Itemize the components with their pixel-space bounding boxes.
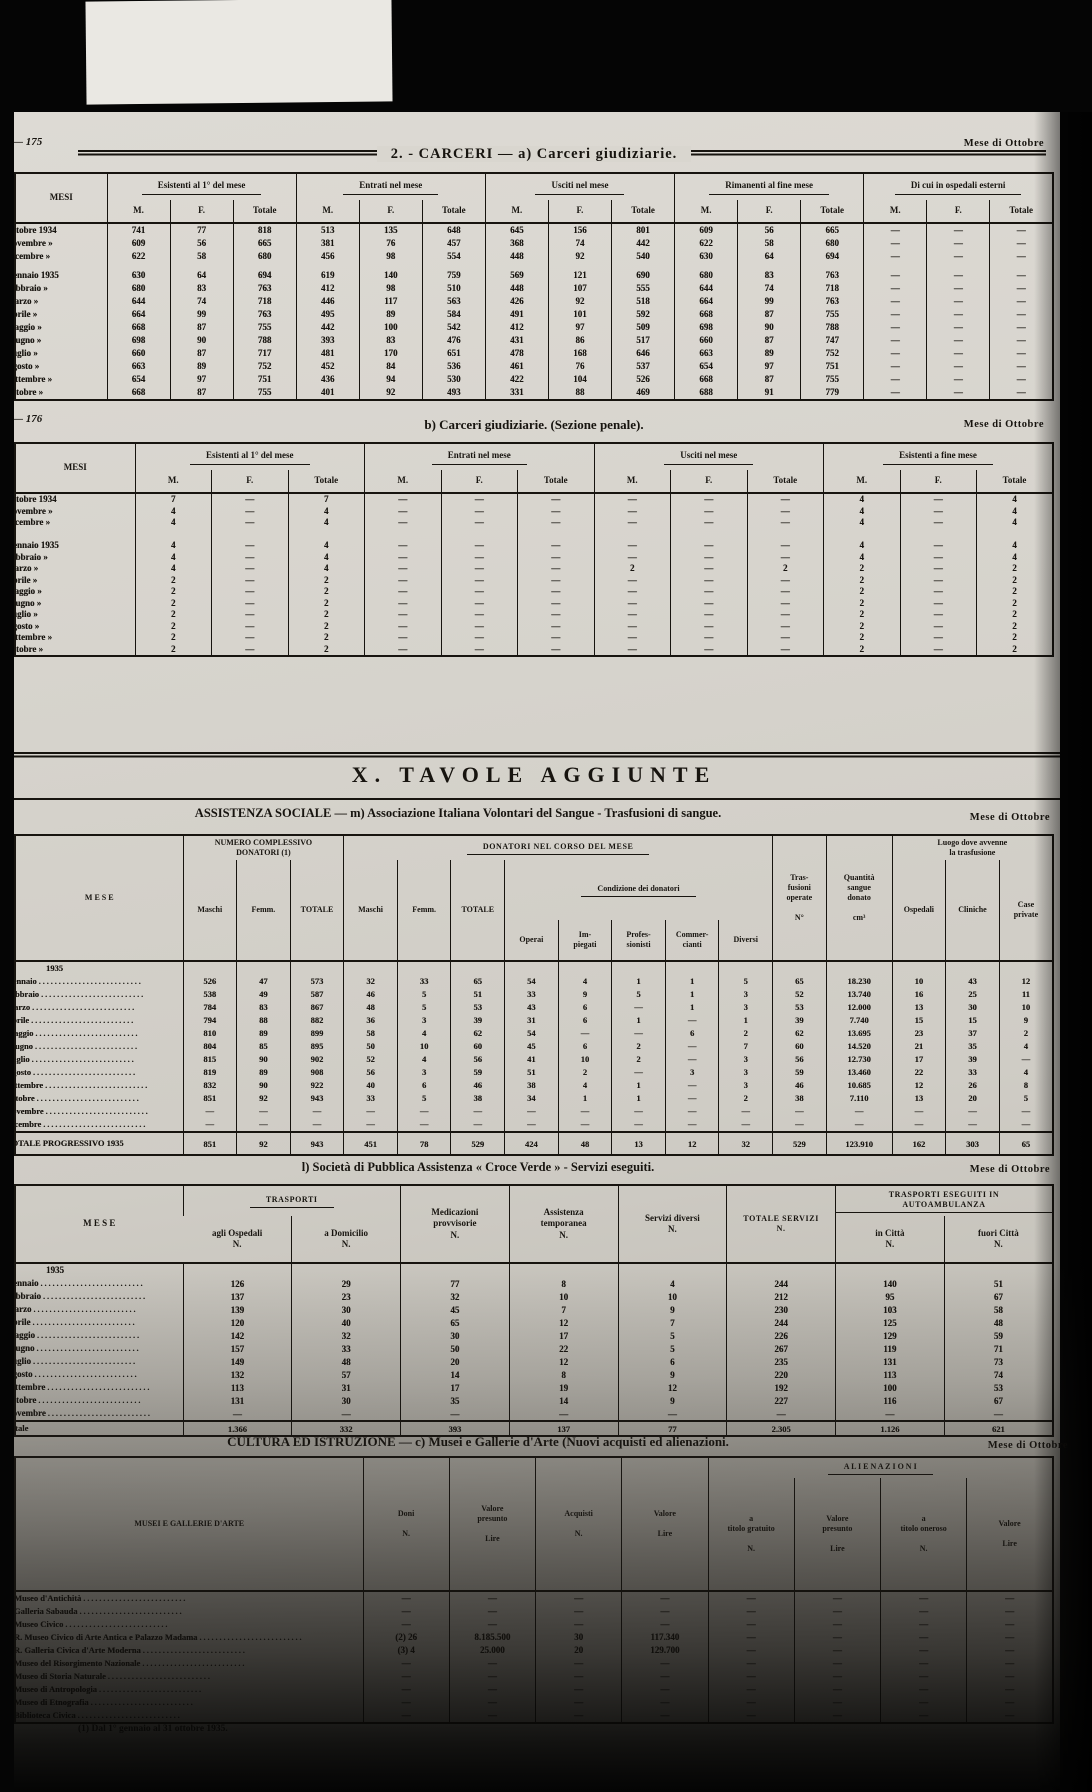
cell: — bbox=[967, 1657, 1053, 1670]
cell: 39 bbox=[773, 1014, 827, 1027]
cell: 7 bbox=[509, 1303, 618, 1316]
cell: 22 bbox=[509, 1342, 618, 1355]
cell: 622 bbox=[675, 237, 738, 250]
table-row: Agosto »2—2——————2—2 bbox=[15, 621, 1053, 633]
cell: 20 bbox=[946, 1092, 1000, 1105]
cell bbox=[999, 961, 1053, 975]
row-label: Settembre bbox=[15, 1381, 183, 1394]
table-row: Maggio »2—2——————2—2 bbox=[15, 586, 1053, 598]
cell: — bbox=[881, 1670, 967, 1683]
cell: — bbox=[946, 1105, 1000, 1118]
table-row: Luglio »2—2——————2—2 bbox=[15, 609, 1053, 621]
cell: — bbox=[441, 506, 518, 518]
cell: — bbox=[622, 1618, 708, 1631]
col-header-valore: Valore Lire bbox=[622, 1457, 708, 1591]
cell: — bbox=[363, 1657, 449, 1670]
cell: — bbox=[900, 621, 977, 633]
cell: 609 bbox=[675, 223, 738, 237]
cell: 680 bbox=[675, 269, 738, 282]
cell: — bbox=[665, 1040, 719, 1053]
cell: — bbox=[881, 1618, 967, 1631]
cell: 2 bbox=[594, 563, 671, 575]
cell: 788 bbox=[233, 334, 296, 347]
cell: 135 bbox=[359, 223, 422, 237]
cell: 9 bbox=[558, 988, 612, 1001]
cell: — bbox=[990, 386, 1053, 400]
cell: 67 bbox=[944, 1290, 1053, 1303]
cell: 2 bbox=[824, 598, 901, 610]
cell: 235 bbox=[727, 1355, 836, 1368]
cell: 680 bbox=[107, 282, 170, 295]
cell: 50 bbox=[401, 1342, 510, 1355]
col-header: M. bbox=[485, 200, 548, 223]
cell: 10 bbox=[509, 1290, 618, 1303]
row-label: Marzo bbox=[15, 1303, 183, 1316]
cell: — bbox=[594, 493, 671, 506]
footnote: (1) Dal 1° gennaio al 31 ottobre 1935. bbox=[78, 1724, 228, 1734]
cell: 664 bbox=[107, 308, 170, 321]
cell: 442 bbox=[612, 237, 675, 250]
cell: — bbox=[365, 552, 442, 564]
cell: 3 bbox=[397, 1066, 451, 1079]
cell: — bbox=[900, 586, 977, 598]
cell: — bbox=[518, 586, 595, 598]
cell: — bbox=[594, 540, 671, 552]
cell: 660 bbox=[675, 334, 738, 347]
cell: 2 bbox=[977, 598, 1054, 610]
cell: 2 bbox=[977, 609, 1054, 621]
cell bbox=[665, 961, 719, 975]
cell: 8.185.500 bbox=[449, 1631, 535, 1644]
cell: — bbox=[397, 1118, 451, 1132]
cell: 33 bbox=[292, 1342, 401, 1355]
table-row: Gennaio12629778424414051 bbox=[15, 1277, 1053, 1290]
cell: — bbox=[967, 1618, 1053, 1631]
cell: — bbox=[671, 632, 748, 644]
cell: 794 bbox=[183, 1014, 237, 1027]
col-header-valore-presunto-2: Valore presunto Lire bbox=[794, 1478, 880, 1591]
cell bbox=[212, 529, 289, 541]
col-header-mesi: MESI bbox=[15, 443, 135, 493]
cell: 94 bbox=[359, 373, 422, 386]
cell: 4 bbox=[397, 1027, 451, 1040]
cell: 4 bbox=[135, 563, 212, 575]
cell: 9 bbox=[999, 1014, 1053, 1027]
cell: 303 bbox=[946, 1132, 1000, 1155]
cell: 26 bbox=[946, 1079, 1000, 1092]
cell: 1 bbox=[665, 975, 719, 988]
cell: 89 bbox=[237, 1066, 291, 1079]
cell: — bbox=[864, 282, 927, 295]
cell: 2 bbox=[135, 575, 212, 587]
cell: 5 bbox=[397, 988, 451, 1001]
cell: 116 bbox=[836, 1394, 945, 1407]
cell: — bbox=[518, 598, 595, 610]
cell: — bbox=[365, 586, 442, 598]
cell: 91 bbox=[738, 386, 801, 400]
cell: — bbox=[794, 1657, 880, 1670]
cell: 8 bbox=[509, 1368, 618, 1381]
row-label: Aprile bbox=[15, 1316, 183, 1329]
cell: 59 bbox=[773, 1066, 827, 1079]
cell: — bbox=[612, 1066, 666, 1079]
table-row: TOTALE PROGRESSIVO 193585192943451785294… bbox=[15, 1132, 1053, 1155]
table-row: Maggio »66887755442100542412975096989078… bbox=[15, 321, 1053, 334]
cell: 4 bbox=[824, 506, 901, 518]
cell: 131 bbox=[183, 1394, 292, 1407]
cell: — bbox=[864, 360, 927, 373]
cell: 9 bbox=[618, 1303, 727, 1316]
cell: — bbox=[363, 1709, 449, 1723]
cell: — bbox=[747, 506, 824, 518]
cell bbox=[612, 961, 666, 975]
cell: 2 bbox=[288, 644, 365, 657]
cell: 412 bbox=[485, 321, 548, 334]
cell: 4 bbox=[977, 540, 1054, 552]
cell: — bbox=[363, 1618, 449, 1631]
cell: — bbox=[518, 563, 595, 575]
cell: 2 bbox=[824, 609, 901, 621]
cell: — bbox=[212, 517, 289, 529]
cell: 517 bbox=[612, 334, 675, 347]
month-note-b: Mese di Ottobre bbox=[864, 419, 1044, 430]
cell: — bbox=[900, 552, 977, 564]
cell: 12 bbox=[999, 975, 1053, 988]
cell: 21 bbox=[892, 1040, 946, 1053]
cell bbox=[441, 529, 518, 541]
cell: 6 bbox=[558, 1014, 612, 1027]
cell: — bbox=[719, 1105, 773, 1118]
cell: — bbox=[594, 609, 671, 621]
cell: 23 bbox=[292, 1290, 401, 1303]
cell: 95 bbox=[836, 1290, 945, 1303]
cell: 73 bbox=[944, 1355, 1053, 1368]
col-header: Totale bbox=[990, 200, 1053, 223]
cell: 621 bbox=[944, 1421, 1053, 1436]
row-label: Maggio bbox=[15, 1329, 183, 1342]
cell: 33 bbox=[397, 975, 451, 988]
cell: 2 bbox=[719, 1092, 773, 1105]
col-header-acquisti: Acquisti N. bbox=[536, 1457, 622, 1591]
col-header: F. bbox=[441, 470, 518, 493]
cell: — bbox=[990, 223, 1053, 237]
cell: 119 bbox=[836, 1342, 945, 1355]
cell: 12 bbox=[509, 1355, 618, 1368]
divider-rule bbox=[8, 798, 1060, 800]
cell: 17 bbox=[892, 1053, 946, 1066]
cell: 381 bbox=[296, 237, 359, 250]
cell bbox=[505, 961, 559, 975]
cell: — bbox=[558, 1118, 612, 1132]
cell: 747 bbox=[801, 334, 864, 347]
cell: — bbox=[212, 621, 289, 633]
cell: 140 bbox=[359, 269, 422, 282]
cell: 882 bbox=[290, 1014, 344, 1027]
cell: 4 bbox=[999, 1066, 1053, 1079]
table-row: 1935 bbox=[15, 1263, 1053, 1277]
cell: 690 bbox=[612, 269, 675, 282]
cell: — bbox=[927, 373, 990, 386]
table-row: Novembre———————————————— bbox=[15, 1105, 1053, 1118]
col-header-quantita: Quantità sangue donato cm³ bbox=[826, 835, 892, 961]
cell: 2 bbox=[135, 621, 212, 633]
chapter-heading: X. TAVOLE AGGIUNTE bbox=[8, 762, 1060, 788]
cell bbox=[509, 1263, 618, 1277]
cell: 92 bbox=[237, 1132, 291, 1155]
table-row: Ottobre 19347417781851313564864515680160… bbox=[15, 223, 1053, 237]
cell: 30 bbox=[292, 1303, 401, 1316]
cell: — bbox=[747, 598, 824, 610]
cell: — bbox=[927, 360, 990, 373]
cell: — bbox=[927, 321, 990, 334]
cell: 4 bbox=[977, 493, 1054, 506]
cell: — bbox=[365, 575, 442, 587]
cell: 922 bbox=[290, 1079, 344, 1092]
cell: 29 bbox=[292, 1277, 401, 1290]
cell: — bbox=[365, 632, 442, 644]
cell: 65 bbox=[451, 975, 505, 988]
cell: 8 bbox=[999, 1079, 1053, 1092]
cell: — bbox=[365, 609, 442, 621]
cell: 89 bbox=[237, 1027, 291, 1040]
row-label: Museo del Risorgimento Nazionale bbox=[15, 1657, 363, 1670]
cell: — bbox=[665, 1014, 719, 1027]
table-row: Novembre »4—4——————4—4 bbox=[15, 506, 1053, 518]
cell: 89 bbox=[170, 360, 233, 373]
cell: 230 bbox=[727, 1303, 836, 1316]
cell: 45 bbox=[505, 1040, 559, 1053]
cell: 698 bbox=[107, 334, 170, 347]
cell: — bbox=[449, 1591, 535, 1605]
cell: — bbox=[990, 269, 1053, 282]
group-header-autoambulanza: TRASPORTI ESEGUITI IN AUTOAMBULANZA bbox=[836, 1185, 1054, 1216]
cell: 123.910 bbox=[826, 1132, 892, 1155]
col-header: F. bbox=[212, 470, 289, 493]
cell: 107 bbox=[548, 282, 611, 295]
cell bbox=[900, 529, 977, 541]
cell bbox=[365, 529, 442, 541]
cell: — bbox=[967, 1696, 1053, 1709]
cell: 763 bbox=[233, 308, 296, 321]
cell: 125 bbox=[836, 1316, 945, 1329]
cell: 12.730 bbox=[826, 1053, 892, 1066]
table-row: Gennaio 19356306469461914075956912169068… bbox=[15, 269, 1053, 282]
cell: — bbox=[990, 347, 1053, 360]
cell: 5 bbox=[999, 1092, 1053, 1105]
cell: — bbox=[927, 250, 990, 263]
cell: — bbox=[449, 1618, 535, 1631]
cell: 113 bbox=[836, 1368, 945, 1381]
cell: 1 bbox=[612, 1014, 666, 1027]
cell: 2 bbox=[135, 586, 212, 598]
cell bbox=[836, 1263, 945, 1277]
cell: — bbox=[183, 1118, 237, 1132]
cell: — bbox=[794, 1683, 880, 1696]
col-header: F. bbox=[548, 200, 611, 223]
cell: 751 bbox=[233, 373, 296, 386]
cell: — bbox=[665, 1105, 719, 1118]
cell: 87 bbox=[738, 308, 801, 321]
cell: 718 bbox=[233, 295, 296, 308]
cell: 6 bbox=[397, 1079, 451, 1092]
col-header: TOTALE bbox=[290, 860, 344, 961]
cell: — bbox=[747, 644, 824, 657]
cell: — bbox=[671, 563, 748, 575]
cell: 622 bbox=[107, 250, 170, 263]
cell: — bbox=[990, 250, 1053, 263]
cell: — bbox=[401, 1407, 510, 1421]
cell: — bbox=[665, 1118, 719, 1132]
cell: 2 bbox=[977, 586, 1054, 598]
group-header: Usciti nel mese bbox=[485, 173, 674, 200]
table-row: Luglio »66087717481170651478168646663897… bbox=[15, 347, 1053, 360]
cell: — bbox=[927, 282, 990, 295]
cell: 4 bbox=[288, 563, 365, 575]
cell: 1 bbox=[612, 1092, 666, 1105]
cell: 45 bbox=[401, 1303, 510, 1316]
cell: 12.000 bbox=[826, 1001, 892, 1014]
cell: 15 bbox=[892, 1014, 946, 1027]
cell: 446 bbox=[296, 295, 359, 308]
cell bbox=[892, 961, 946, 975]
cell: — bbox=[864, 250, 927, 263]
cell: 36 bbox=[344, 1014, 398, 1027]
cell: 1.126 bbox=[836, 1421, 945, 1436]
row-label: TOTALE PROGRESSIVO 1935 bbox=[15, 1132, 183, 1155]
cell: 76 bbox=[548, 360, 611, 373]
cell: 31 bbox=[292, 1381, 401, 1394]
cell: — bbox=[594, 552, 671, 564]
cell: 646 bbox=[612, 347, 675, 360]
cell: 1 bbox=[612, 975, 666, 988]
cell bbox=[344, 961, 398, 975]
cell: 6 bbox=[558, 1040, 612, 1053]
cell: 48 bbox=[944, 1316, 1053, 1329]
col-header: a Domicilio N. bbox=[292, 1216, 401, 1263]
table-row: Gennaio526475733233655441156518.23010431… bbox=[15, 975, 1053, 988]
cell: — bbox=[727, 1407, 836, 1421]
table-row: R. Galleria Civica d'Arte Moderna(3) 425… bbox=[15, 1644, 1053, 1657]
cell: 90 bbox=[237, 1079, 291, 1092]
cell: 86 bbox=[548, 334, 611, 347]
row-label: Agosto bbox=[15, 1066, 183, 1079]
cell: — bbox=[967, 1644, 1053, 1657]
cell: 2 bbox=[135, 609, 212, 621]
table-row: Giugno157335022526711971 bbox=[15, 1342, 1053, 1355]
cell: 668 bbox=[107, 321, 170, 334]
cell: — bbox=[900, 540, 977, 552]
cell: — bbox=[290, 1105, 344, 1118]
cell: 10 bbox=[618, 1290, 727, 1303]
cell: — bbox=[900, 563, 977, 575]
cell: 162 bbox=[892, 1132, 946, 1155]
cell: 131 bbox=[836, 1355, 945, 1368]
table-row: Giugno »69890788393834764318651766087747… bbox=[15, 334, 1053, 347]
cell: 17 bbox=[509, 1329, 618, 1342]
cell: 100 bbox=[836, 1381, 945, 1394]
cell: 493 bbox=[422, 386, 485, 400]
cell bbox=[401, 1263, 510, 1277]
col-header: F. bbox=[738, 200, 801, 223]
table-row: Febbraio »4—4——————4—4 bbox=[15, 552, 1053, 564]
cell: 87 bbox=[170, 347, 233, 360]
month-note-croce: Mese di Ottobre bbox=[870, 1164, 1050, 1175]
cell: 77 bbox=[170, 223, 233, 237]
cell: — bbox=[892, 1105, 946, 1118]
cell: — bbox=[927, 386, 990, 400]
cell: 698 bbox=[675, 321, 738, 334]
group-header-donatori: NUMERO COMPLESSIVO DONATORI (1) bbox=[183, 835, 344, 860]
cell: 74 bbox=[170, 295, 233, 308]
cell: 688 bbox=[675, 386, 738, 400]
cell: 87 bbox=[738, 334, 801, 347]
cell: — bbox=[237, 1105, 291, 1118]
cell: 13.740 bbox=[826, 988, 892, 1001]
cell: 35 bbox=[401, 1394, 510, 1407]
cell: 393 bbox=[296, 334, 359, 347]
cell: 4 bbox=[288, 506, 365, 518]
cell: — bbox=[671, 517, 748, 529]
group-header: Esistenti al 1° del mese bbox=[135, 443, 365, 470]
cell: — bbox=[881, 1631, 967, 1644]
cell: — bbox=[747, 586, 824, 598]
cell: 62 bbox=[773, 1027, 827, 1040]
row-label: 1935 bbox=[15, 1263, 183, 1277]
cell: 7 bbox=[719, 1040, 773, 1053]
cell: — bbox=[892, 1118, 946, 1132]
cell: — bbox=[183, 1105, 237, 1118]
cell: — bbox=[622, 1670, 708, 1683]
cell: 4 bbox=[135, 517, 212, 529]
cell: — bbox=[212, 598, 289, 610]
cell: 4 bbox=[977, 517, 1054, 529]
cell: 64 bbox=[738, 250, 801, 263]
cell: 56 bbox=[773, 1053, 827, 1066]
cell: — bbox=[967, 1605, 1053, 1618]
col-header: M. bbox=[594, 470, 671, 493]
cell: 9 bbox=[618, 1368, 727, 1381]
table-row: Biblioteca Civica———————— bbox=[15, 1709, 1053, 1723]
table-row: Aprile79488882363393161—1397.74015159 bbox=[15, 1014, 1053, 1027]
cell: 85 bbox=[237, 1040, 291, 1053]
cell: 461 bbox=[485, 360, 548, 373]
cell: 192 bbox=[727, 1381, 836, 1394]
cell: — bbox=[536, 1591, 622, 1605]
row-label: Giugno » bbox=[15, 598, 135, 610]
cell: 97 bbox=[738, 360, 801, 373]
cell: 526 bbox=[183, 975, 237, 988]
cell: 668 bbox=[107, 386, 170, 400]
cell: 2 bbox=[612, 1040, 666, 1053]
row-label: Febbraio » bbox=[15, 552, 135, 564]
cell: — bbox=[944, 1407, 1053, 1421]
cell: 137 bbox=[509, 1421, 618, 1436]
cell: 4 bbox=[135, 540, 212, 552]
cell: — bbox=[719, 1118, 773, 1132]
cell bbox=[826, 961, 892, 975]
row-label: Gennaio bbox=[15, 975, 183, 988]
row-label: Dicembre bbox=[15, 1118, 183, 1132]
cell: — bbox=[363, 1683, 449, 1696]
table-row: Luglio149482012623513173 bbox=[15, 1355, 1053, 1368]
table-row: Maggio810898995846254——626213.69523372 bbox=[15, 1027, 1053, 1040]
cell: 2 bbox=[135, 632, 212, 644]
cell: — bbox=[365, 598, 442, 610]
cell: 267 bbox=[727, 1342, 836, 1355]
cell: 92 bbox=[237, 1092, 291, 1105]
cell: — bbox=[290, 1118, 344, 1132]
cell: 718 bbox=[801, 282, 864, 295]
